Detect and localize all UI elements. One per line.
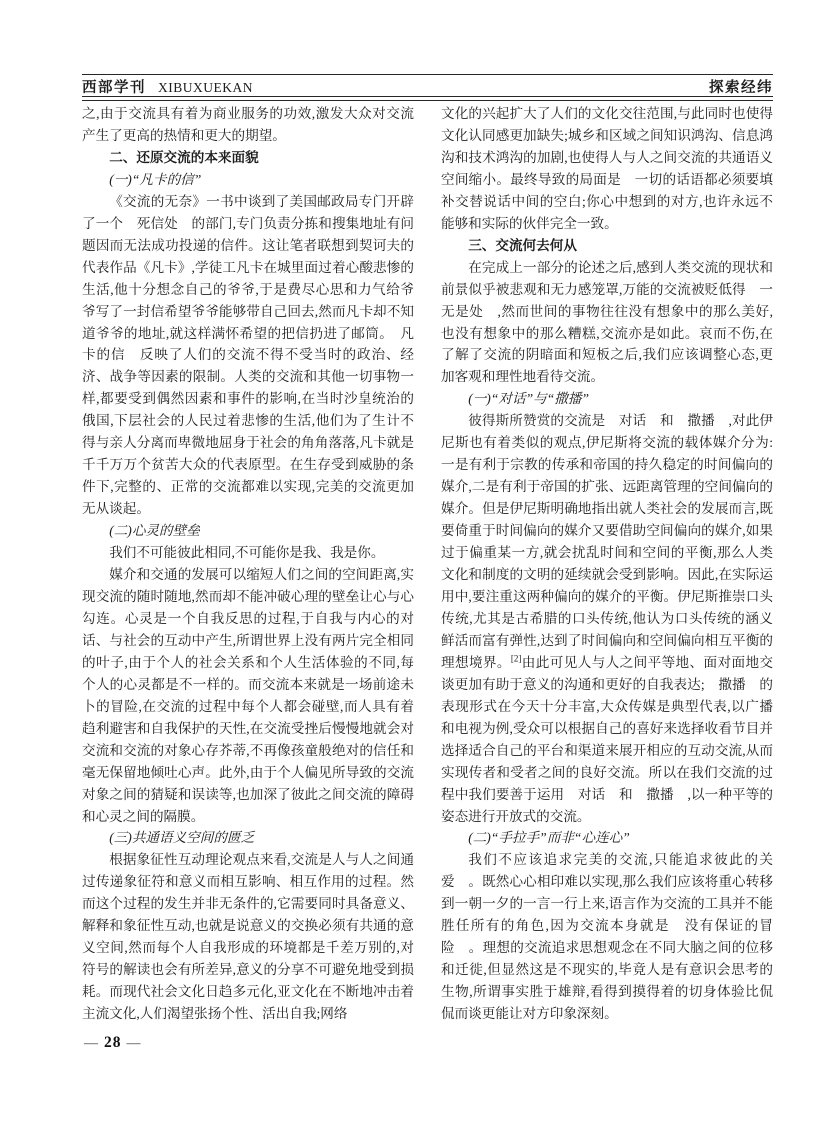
page-number-value: 28 [104,1034,122,1052]
paragraph: 媒介和交通的发展可以缩短人们之间的空间距离,实现交流的随时随地,然而却不能冲破心… [82,564,414,827]
paragraph: 《交流的无奈》一书中谈到了美国邮政局专门开辟了一个 死信处 的部门,专门负责分拣… [82,191,414,520]
page-number-dash-right: — [127,1036,142,1052]
section-heading: 二、还原交流的本来面貌 [82,147,414,169]
page-number: — 28 — [84,1034,142,1052]
paragraph: 我们不应该追求完美的交流,只能追求彼此的关爱 。既然心心相印难以实现,那么我们应… [441,849,773,1025]
subsection-heading: (三)共通语义空间的匮乏 [82,827,414,849]
paragraph: 彼得斯所赞赏的交流是 对话 和 撒播 ,对此伊尼斯也有着类似的观点,伊尼斯将交流… [441,410,773,827]
section-label: 探索经纬 [709,76,773,97]
paragraph: 文化的兴起扩大了人们的文化交往范围,与此同时也使得文化认同感更加缺失;城乡和区域… [441,103,773,235]
header-rule-bottom [82,96,773,101]
paragraph: 根据象征性互动理论观点来看,交流是人与人之间通过传递象征符和意义而相互影响、相互… [82,849,414,1025]
text-column-left: 之,由于交流具有着为商业服务的功效,激发大众对交流产生了更高的热情和更大的期望。… [82,103,414,1028]
subsection-heading: (二)心灵的壁垒 [82,520,414,542]
subsection-heading: (一)“对话”与“撒播” [441,388,773,410]
article-body: 之,由于交流具有着为商业服务的功效,激发大众对交流产生了更高的热情和更大的期望。… [82,103,773,1028]
journal-masthead: 西部学刊 XIBUXUEKAN [82,76,253,97]
paragraph: 在完成上一部分的论述之后,感到人类交流的现状和前景似乎被悲观和无力感笼罩,万能的… [441,257,773,389]
journal-title: 西部学刊 [82,76,146,97]
journal-title-en: XIBUXUEKAN [158,80,253,96]
section-heading: 三、交流何去何从 [441,235,773,257]
paragraph: 我们不可能彼此相同,不可能你是我、我是你。 [82,542,414,564]
subsection-heading: (一)“凡卡的信” [82,169,414,191]
text-column-right: 文化的兴起扩大了人们的文化交往范围,与此同时也使得文化认同感更加缺失;城乡和区域… [441,103,773,1028]
paragraph: 之,由于交流具有着为商业服务的功效,激发大众对交流产生了更高的热情和更大的期望。 [82,103,414,147]
subsection-heading: (二)“手拉手”而非“心连心” [441,827,773,849]
citation-ref: [2] [511,653,522,663]
page-number-dash-left: — [84,1036,99,1052]
page-header: 西部学刊 XIBUXUEKAN 探索经纬 [82,76,773,96]
